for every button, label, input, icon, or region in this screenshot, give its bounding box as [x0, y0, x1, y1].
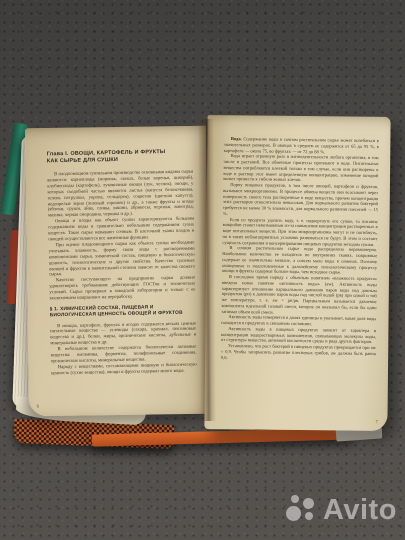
avito-watermark: Avito	[286, 492, 397, 528]
water-lead-word: Вода.	[231, 136, 242, 141]
right-paragraph: Активность воды в пищевых продуктах зави…	[221, 326, 376, 345]
book-page-left: Глава I. ОВОЩИ, КАРТОФЕЛЬ И ФРУКТЫ КАК С…	[25, 126, 210, 416]
right-paragraph: Вода. Содержание воды в сочном раститель…	[224, 136, 379, 155]
left-paragraph: В овощах, картофеле, фруктах и ягодах со…	[50, 321, 196, 347]
right-paragraph: В последнее время наряду с обычным понят…	[221, 274, 377, 316]
left-paragraph: При оценке плодоовощного сырья как объек…	[48, 240, 195, 278]
page-number-right: 7	[375, 420, 377, 425]
chapter-heading: Глава I. ОВОЩИ, КАРТОФЕЛЬ И ФРУКТЫ КАК С…	[47, 149, 169, 165]
left-paragraph: Качество поступающего на предприятие сыр…	[49, 276, 195, 302]
left-paragraph: Овощи и плоды как объект сушки характери…	[48, 217, 194, 243]
right-paragraph: Вода играет огромную роль в жизнедеятель…	[223, 153, 378, 184]
photo-background: Глава I. ОВОЩИ, КАРТОФЕЛЬ И ФРУКТЫ КАК С…	[0, 0, 405, 540]
book-page-right: Вода. Содержание воды в сочном раститель…	[204, 115, 390, 431]
left-paragraph: Наряду с веществами, составляющими пищев…	[51, 362, 197, 377]
right-paragraph: В сочном растительном сырье вода распред…	[222, 245, 377, 276]
right-page-content: Вода. Содержание воды в сочном раститель…	[204, 115, 391, 432]
section-heading: § 1. ХИМИЧЕСКИЙ СОСТАВ, ПИЩЕВАЯ И БИОЛОГ…	[50, 304, 196, 319]
watermark-text: Avito	[323, 492, 397, 528]
right-paragraph: Установлено, что рост бактерий в пищевых…	[221, 343, 376, 362]
avito-logo-icon	[286, 492, 320, 528]
left-paragraph: В плодоовощном сушильном производстве ос…	[47, 170, 194, 220]
right-paragraph: Порчу пищевых продуктов, в том числе ово…	[223, 182, 378, 219]
left-page-content: Глава I. ОВОЩИ, КАРТОФЕЛЬ И ФРУКТЫ КАК С…	[24, 125, 210, 416]
right-paragraph-text: Содержание воды в сочном растительном сы…	[224, 136, 379, 154]
page-number-left: 6	[37, 405, 40, 410]
right-paragraph: Если из продукта удалить воду, т. е. под…	[222, 216, 377, 247]
